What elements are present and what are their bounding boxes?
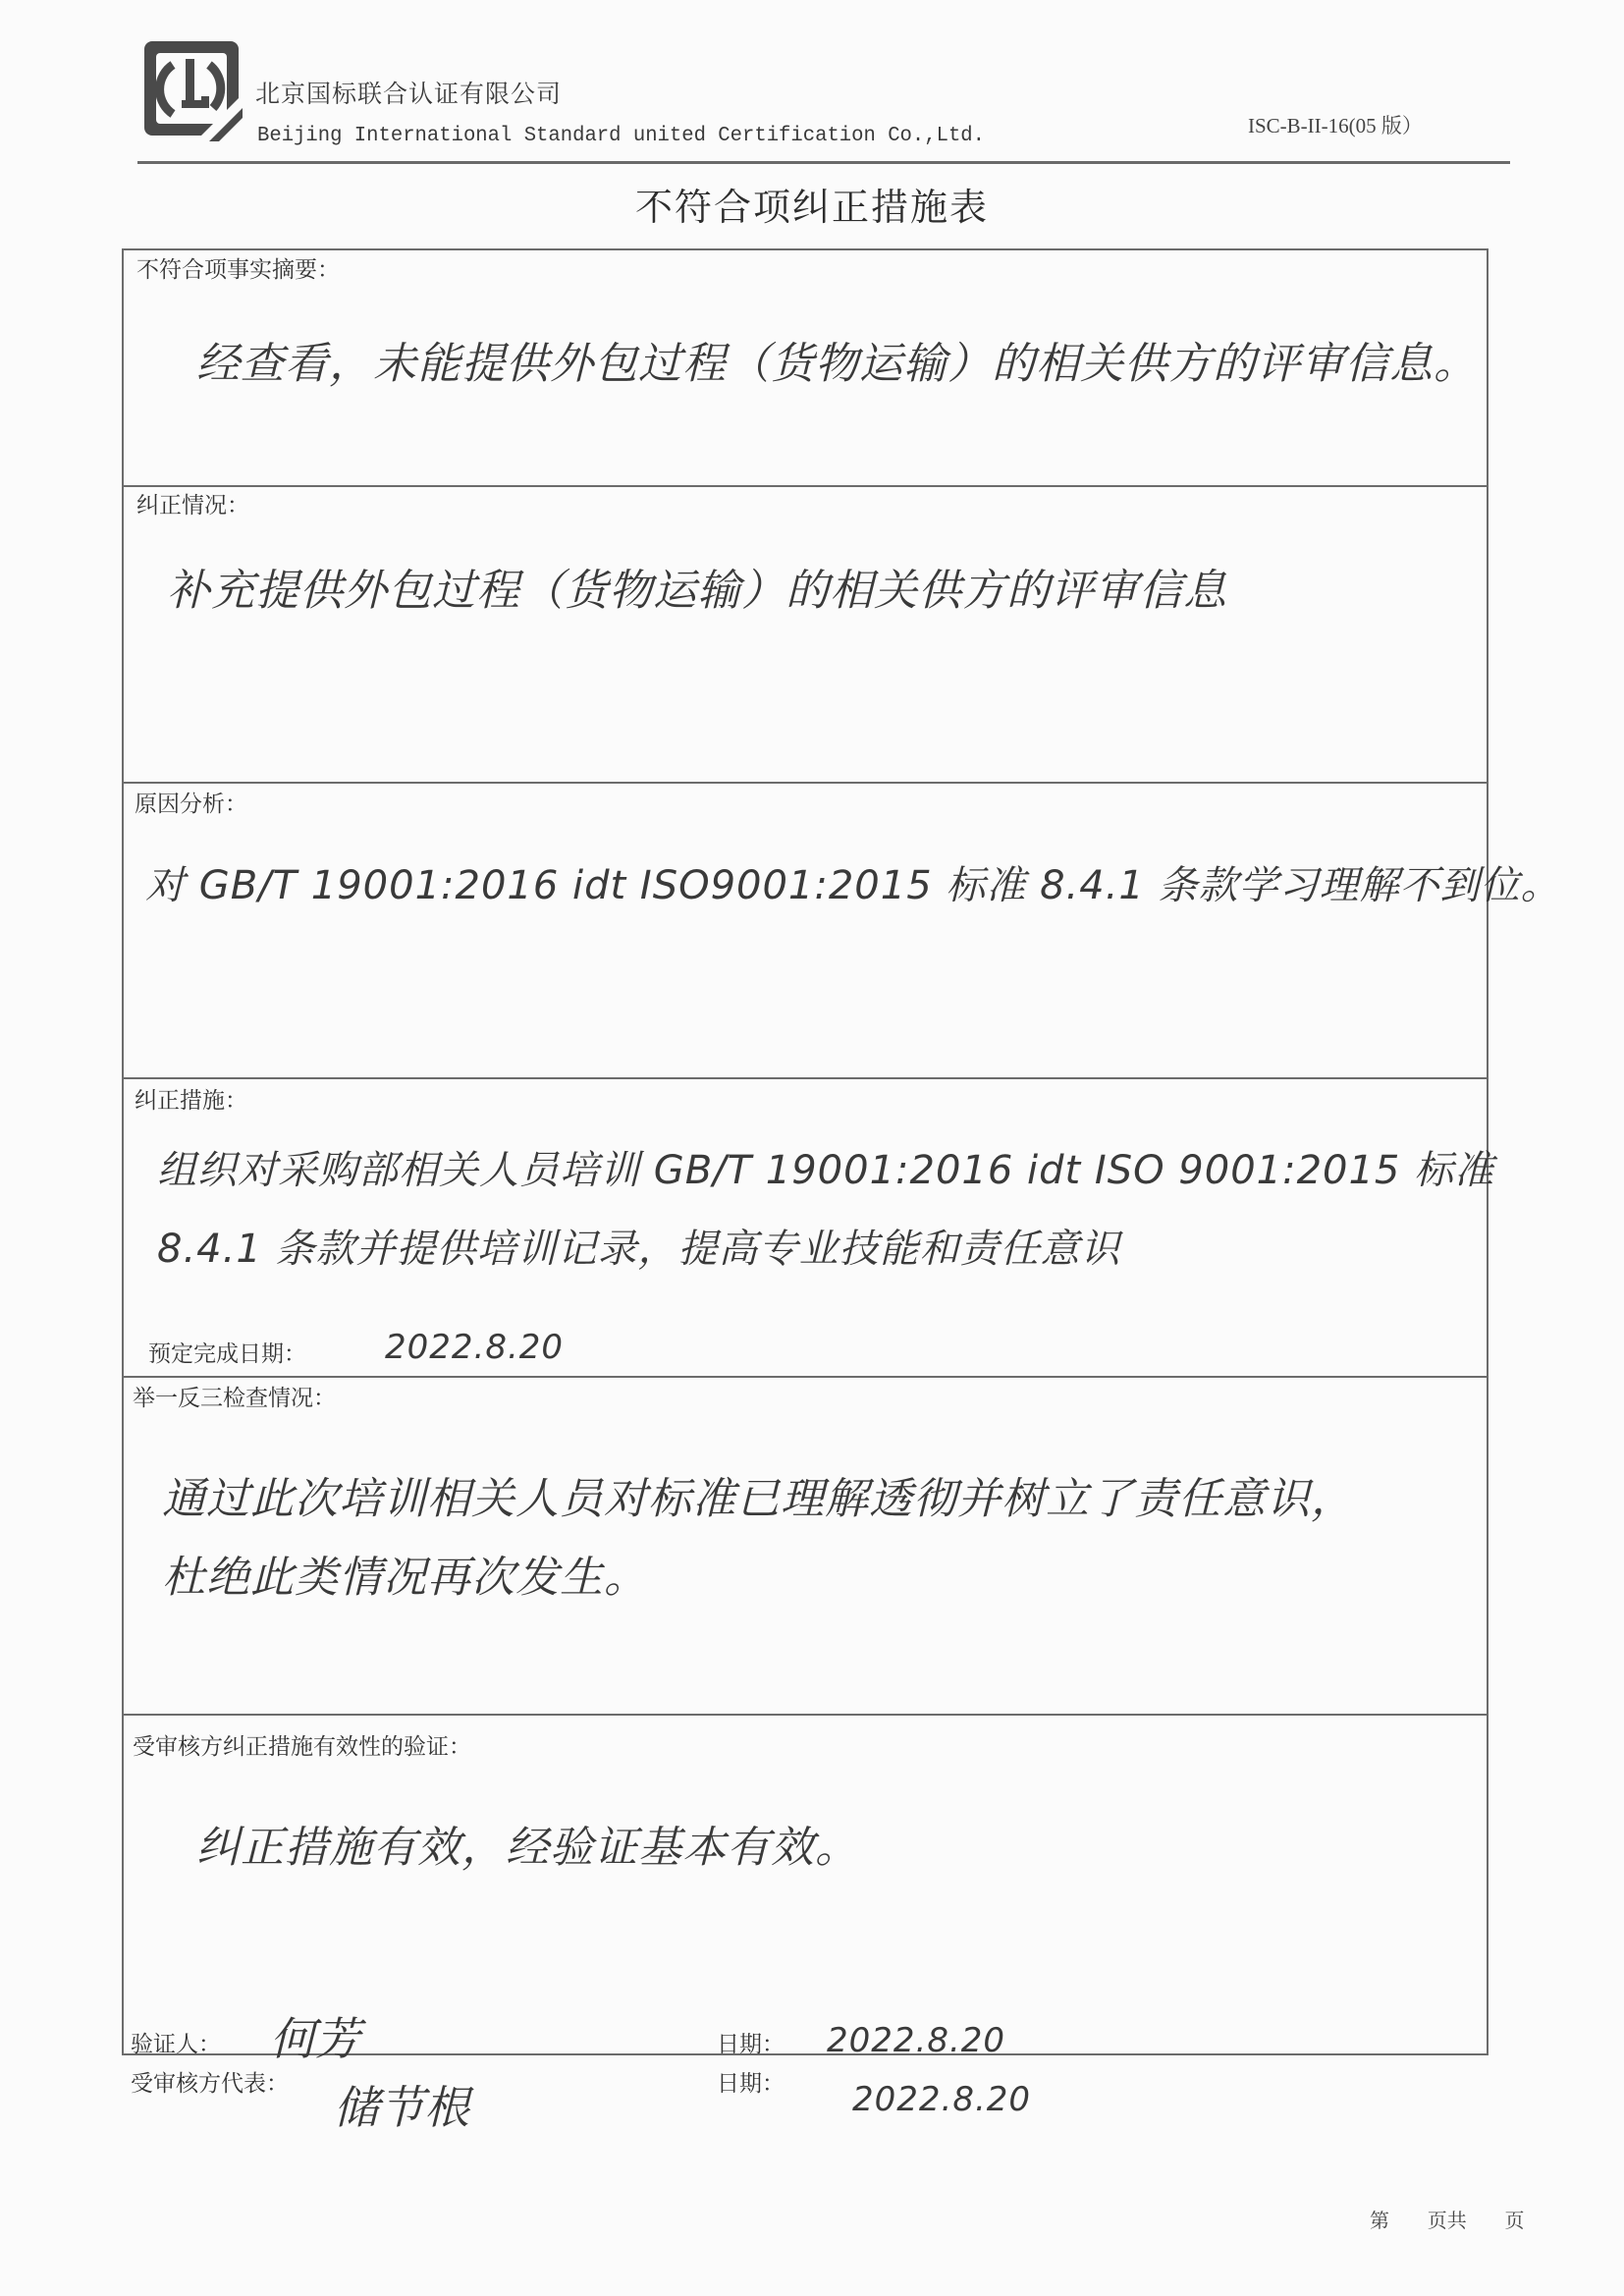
- root-cause-label: 原因分析：: [135, 786, 247, 818]
- nonconformity-summary-text: 经查看，未能提供外包过程（货物运输）的相关供方的评审信息。: [196, 328, 1478, 391]
- auditee-date-label: 日期：: [717, 2065, 785, 2098]
- systemic-check-text-line2: 杜绝此类情况再次发生。: [162, 1542, 648, 1605]
- row-divider: [122, 1714, 1489, 1716]
- row-divider: [122, 1077, 1489, 1079]
- auditee-rep-label: 受审核方代表：: [131, 2065, 289, 2098]
- page-suffix: 页: [1504, 2205, 1524, 2233]
- systemic-check-label: 举一反三检查情况：: [133, 1380, 336, 1412]
- auditee-date-value: 2022.8.20: [852, 2080, 1031, 2119]
- document-code: ISC-B-II-16(05 版）: [1248, 110, 1423, 139]
- company-name-en: Beijing International Standard united Ce…: [257, 125, 985, 147]
- page-middle: 页共: [1428, 2205, 1467, 2233]
- verifier-date-value: 2022.8.20: [827, 2021, 1005, 2060]
- verification-text: 纠正措施有效，经验证基本有效。: [196, 1812, 859, 1875]
- due-date-value: 2022.8.20: [385, 1328, 564, 1367]
- verifier-signature: 何芳: [270, 2003, 360, 2068]
- header-divider: [137, 161, 1510, 164]
- due-date-label: 预定完成日期：: [148, 1336, 306, 1368]
- corrective-action-text-line1: 组织对采购部相关人员培训 GB/T 19001:2016 idt ISO 900…: [157, 1139, 1494, 1195]
- nonconformity-summary-label: 不符合项事实摘要：: [136, 251, 340, 284]
- row-divider: [122, 1376, 1489, 1378]
- row-divider: [122, 782, 1489, 784]
- form-title: 不符合项纠正措施表: [0, 177, 1624, 231]
- isc-logo-icon: [140, 37, 243, 145]
- verifier-label: 验证人：: [131, 2026, 221, 2058]
- verifier-date-label: 日期：: [717, 2026, 785, 2058]
- verification-label: 受审核方纠正措施有效性的验证：: [133, 1728, 471, 1761]
- root-cause-text: 对 GB/T 19001:2016 idt ISO9001:2015 标准 8.…: [145, 854, 1561, 910]
- correction-text: 补充提供外包过程（货物运输）的相关供方的评审信息: [167, 555, 1227, 618]
- corrective-action-label: 纠正措施：: [135, 1082, 247, 1115]
- page-indicator: 第 页共 页: [1370, 2205, 1524, 2233]
- page-prefix: 第: [1370, 2205, 1389, 2233]
- auditee-rep-signature: 储节根: [334, 2072, 469, 2137]
- corrective-action-text-line2: 8.4.1 条款并提供培训记录，提高专业技能和责任意识: [157, 1218, 1121, 1274]
- row-divider: [122, 485, 1489, 487]
- company-name-cn: 北京国标联合认证有限公司: [255, 75, 562, 110]
- correction-label: 纠正情况：: [136, 487, 249, 519]
- systemic-check-text-line1: 通过此次培训相关人员对标准已理解透彻并树立了责任意识，: [162, 1463, 1355, 1526]
